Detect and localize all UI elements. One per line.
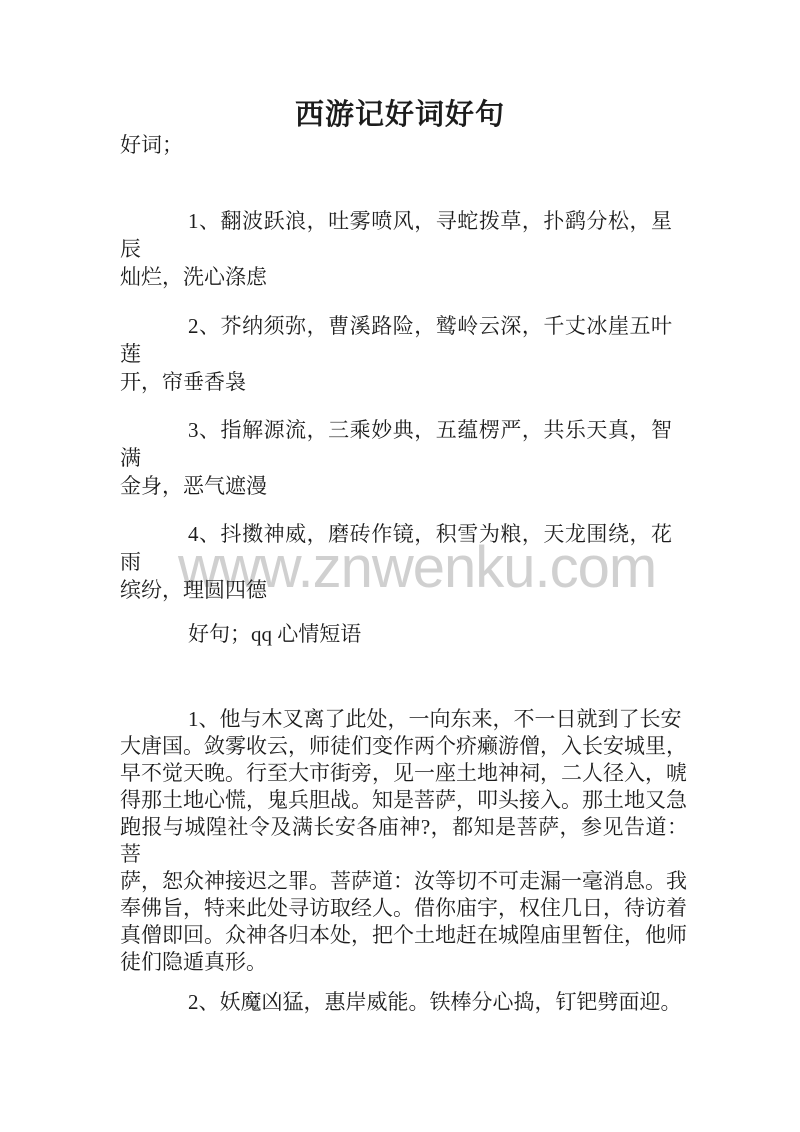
words-section-heading: 好词； <box>120 131 672 159</box>
word-list-item: 2、芥纳须弥，曹溪路险，鹫岭云深，千丈冰崖五叶莲 开，帘垂香袅 <box>120 312 672 396</box>
sentence-list-item: 2、妖魔凶猛，惠岸威能。铁棒分心捣，钉钯劈面迎。 <box>120 988 688 1016</box>
document-page: www.znwenku.com 西游记好词好句 好词； 1、翻波跃浪，吐雾喷风，… <box>0 0 800 1132</box>
word-list-item: 3、指解源流，三乘妙典，五蕴楞严，共乐天真，智满 金身，恶气遮漫 <box>120 416 672 500</box>
word-list-item: 1、翻波跃浪，吐雾喷风，寻蛇拨草，扑鹞分松，星辰 灿烂，洗心涤虑 <box>120 207 672 291</box>
word-list-item: 4、抖擞神威，磨砖作镜，积雪为粮，天龙围绕，花雨 缤纷，理圆四德 <box>120 520 672 604</box>
sentence-list-item: 1、他与木叉离了此处，一向东来，不一日就到了长安 大唐国。敛雾收云，师徒们变作两… <box>120 706 688 976</box>
sentences-section-heading: 好句；qq 心情短语 <box>120 620 672 648</box>
page-title: 西游记好词好句 <box>0 92 800 133</box>
